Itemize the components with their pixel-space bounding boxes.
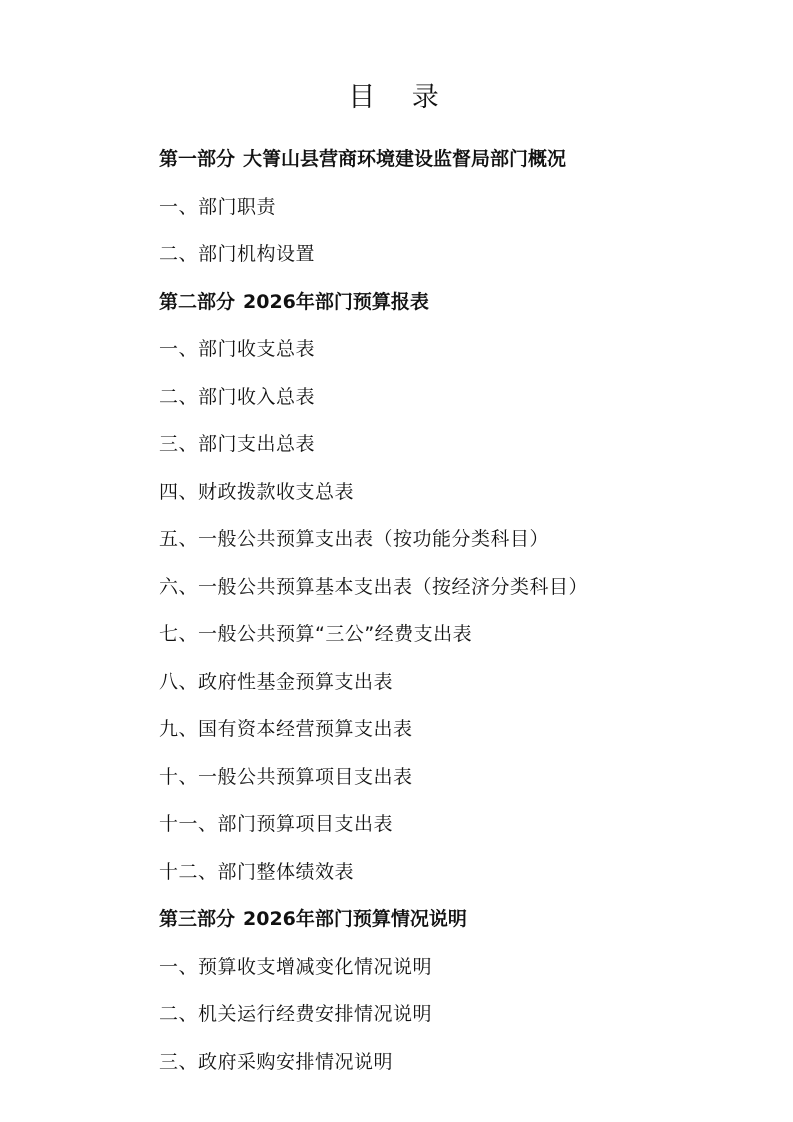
- part-label: 第一部分: [159, 148, 235, 170]
- toc-part-3: 第三部分2026年部门预算情况说明: [159, 903, 588, 951]
- part-title: 2026年部门预算报表: [243, 291, 429, 313]
- toc-item: 一、预算收支增减变化情况说明: [159, 951, 588, 999]
- toc-item: 二、部门机构设置: [159, 238, 588, 286]
- toc-title: 目 录: [0, 80, 793, 116]
- toc-part-2: 第二部分2026年部门预算报表: [159, 286, 588, 334]
- part-label: 第二部分: [159, 291, 235, 313]
- toc-item: 十一、部门预算项目支出表: [159, 808, 588, 856]
- toc-item: 十二、部门整体绩效表: [159, 856, 588, 904]
- toc-list: 第一部分大箐山县营商环境建设监督局部门概况 一、部门职责 二、部门机构设置 第二…: [159, 143, 588, 1093]
- toc-item: 四、财政拨款收支总表: [159, 476, 588, 524]
- toc-item: 三、政府采购安排情况说明: [159, 1046, 588, 1094]
- document-page: 目 录 第一部分大箐山县营商环境建设监督局部门概况 一、部门职责 二、部门机构设…: [0, 0, 793, 1122]
- part-title: 大箐山县营商环境建设监督局部门概况: [243, 148, 566, 170]
- toc-item: 十、一般公共预算项目支出表: [159, 761, 588, 809]
- toc-item: 七、一般公共预算“三公”经费支出表: [159, 618, 588, 666]
- toc-item: 九、国有资本经营预算支出表: [159, 713, 588, 761]
- toc-item: 一、部门职责: [159, 191, 588, 239]
- part-label: 第三部分: [159, 908, 235, 930]
- toc-item: 六、一般公共预算基本支出表（按经济分类科目）: [159, 571, 588, 619]
- toc-item: 三、部门支出总表: [159, 428, 588, 476]
- toc-item: 二、部门收入总表: [159, 381, 588, 429]
- toc-item: 八、政府性基金预算支出表: [159, 666, 588, 714]
- toc-item: 五、一般公共预算支出表（按功能分类科目）: [159, 523, 588, 571]
- part-title: 2026年部门预算情况说明: [243, 908, 467, 930]
- toc-item: 二、机关运行经费安排情况说明: [159, 998, 588, 1046]
- toc-part-1: 第一部分大箐山县营商环境建设监督局部门概况: [159, 143, 588, 191]
- toc-item: 一、部门收支总表: [159, 333, 588, 381]
